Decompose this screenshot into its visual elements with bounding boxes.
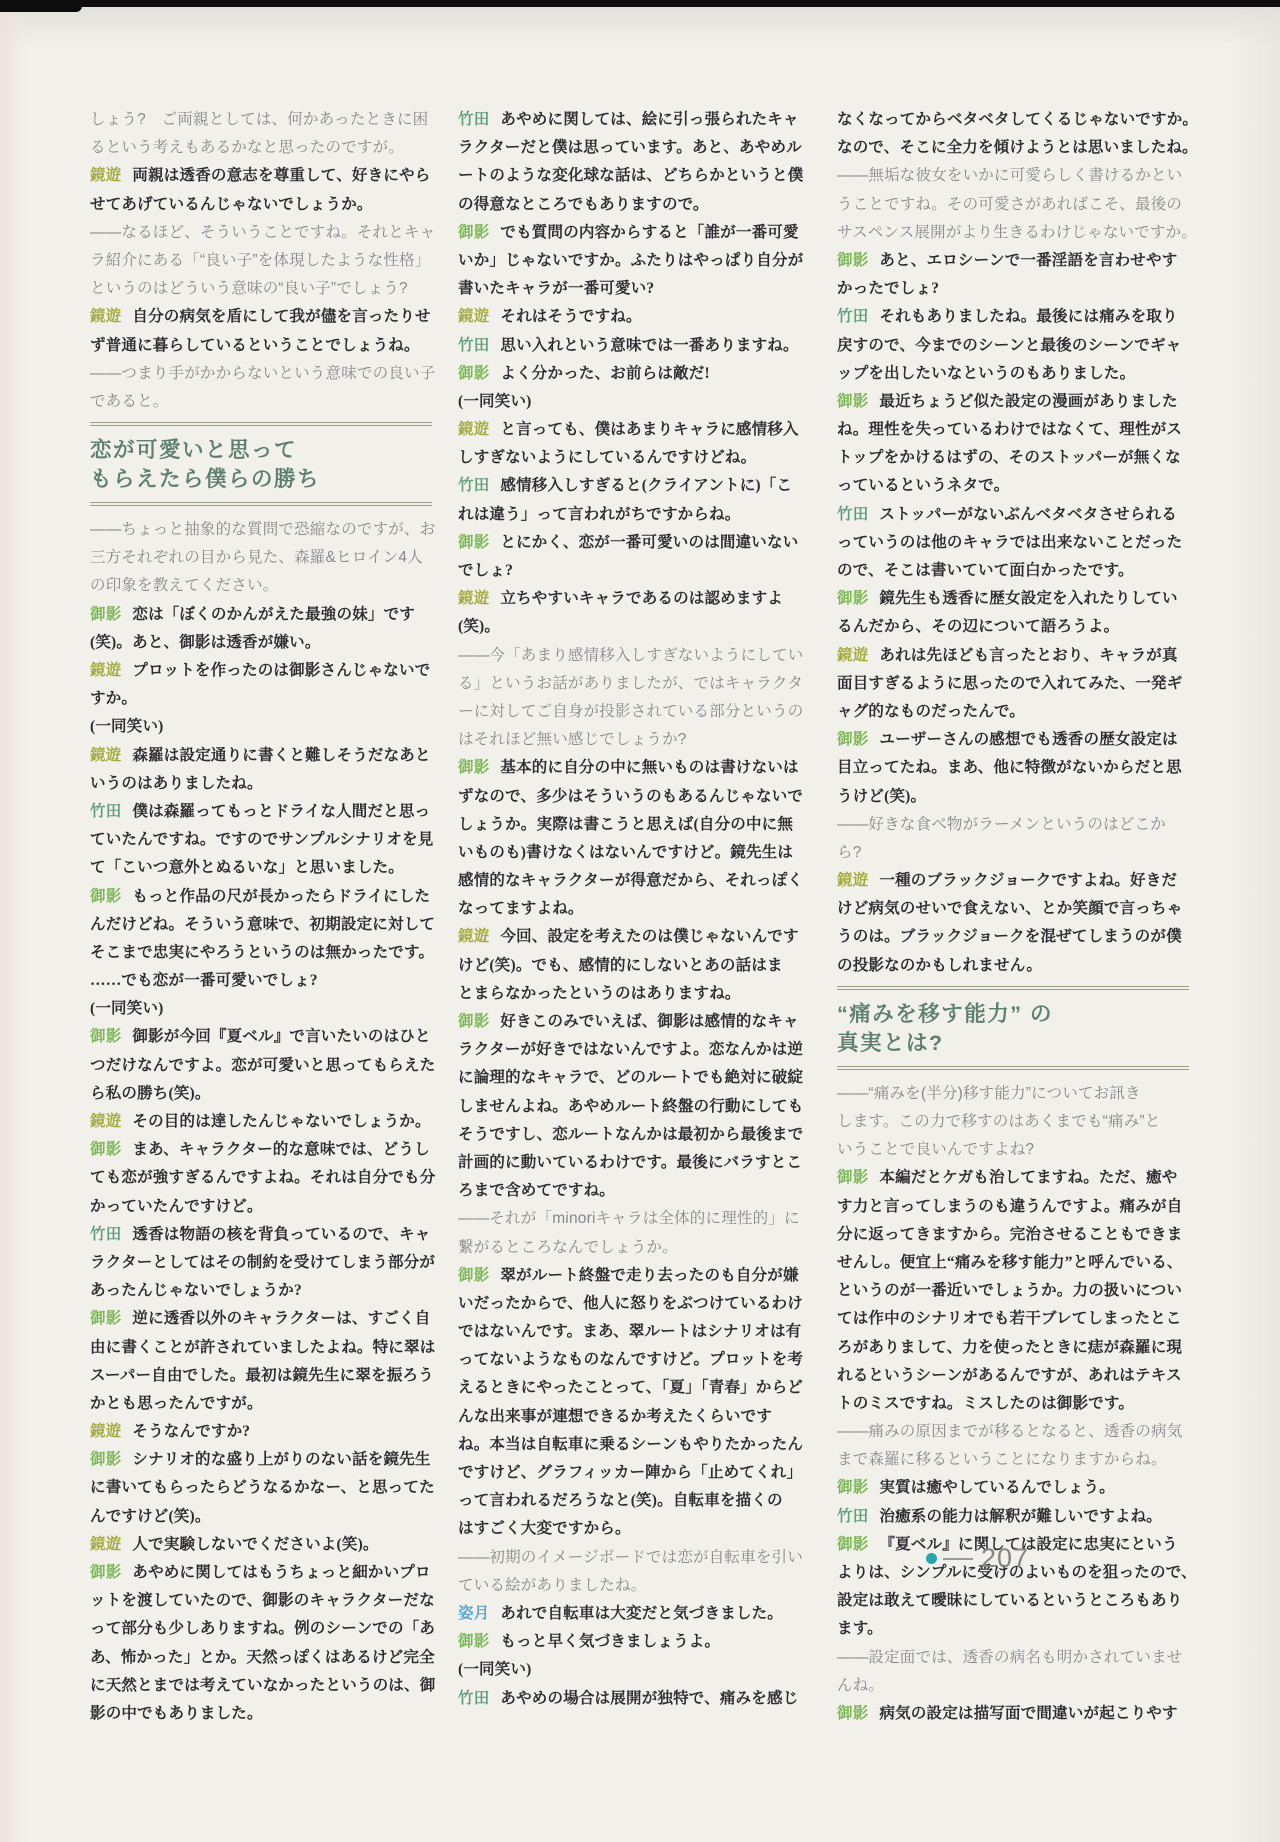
dialogue-line: いか」じゃないですか。ふたりはやっぱり自分が [458,247,806,275]
speaker-label: 御影 [458,1013,489,1030]
interviewer-line: します。この力で移すのはあくまでも“痛み”と [837,1108,1189,1136]
dialogue-text: 人で実験しないでくださいよ(笑)。 [132,1536,378,1553]
interviewer-line: ——ちょっと抽象的な質問で恐縮なのですが、お [90,516,432,544]
text-column-2: 竹田あやめに関しては、絵に引っ張られたキャラクターだと僕は思っています。あと、あ… [458,106,806,1713]
speaker-label: 御影 [837,1705,868,1722]
speaker-label: 鏡遊 [458,308,489,325]
speaker-label: 御影 [458,365,489,382]
dialogue-line: れは違う」って言われがちですからね。 [458,501,806,529]
dialogue-text: ユーザーさんの感想でも透香の歴女設定は [879,731,1177,748]
dialogue-line: せてあげているんじゃないでしょうか。 [90,191,432,219]
dialogue-text: 恋は「ぼくのかんがえた最強の妹」です [132,606,415,623]
speaker-label: 鏡遊 [90,1536,121,1553]
dialogue-line: 分に返ってきますから。完治させることもできま [837,1221,1189,1249]
heading-rule [90,502,432,506]
dialogue-line: 御影とにかく、恋が一番可愛いのは間違いない [458,529,806,557]
dialogue-line: 書いたキャラが一番可愛い? [458,275,806,303]
dialogue-text: それもありましたね。最後には痛みを取り [879,308,1177,325]
dialogue-line: ら私の勝ち(笑)。 [90,1080,432,1108]
dialogue-line: しすぎないようにしているんですけどね。 [458,444,806,472]
dialogue-line: なくなってからベタベタしてくるじゃないですか。 [837,106,1189,134]
dialogue-line: (一同笑い) [458,1656,806,1684]
dialogue-text: あれは先ほども言ったとおり、キャラが真 [879,647,1177,664]
speaker-label: 鏡遊 [458,421,489,438]
dialogue-line: 鏡遊立ちやすいキャラであるのは認めますよ [458,585,806,613]
dialogue-line: 鏡遊そうなんですか? [90,1418,432,1446]
speaker-label: 鏡遊 [90,1423,121,1440]
dialogue-line: っているというネタで。 [837,472,1189,500]
dialogue-line: そうですし、恋ルートなんかは最初から最後まで [458,1121,806,1149]
dialogue-line: しませんよね。あやめルート終盤の行動にしても [458,1093,806,1121]
speaker-label: 御影 [90,606,121,623]
speaker-label: 竹田 [837,506,868,523]
speaker-label: 御影 [837,1536,868,1553]
page-footer: 207 [926,1543,1029,1574]
dialogue-line: せんし。便宜上“痛みを移す能力”と呼んでいる、 [837,1249,1189,1277]
dialogue-text: 感情移入しすぎると(クライアントに)「こ [500,477,792,494]
dialogue-line: うのは。ブラックジョークを混ぜてしまうのが僕 [837,923,1189,951]
dialogue-line: っていうのは他のキャラでは出来ないことだった [837,529,1189,557]
dialogue-line: けど(笑)。でも、感情的にしないとあの話はま [458,952,806,980]
dialogue-line: 鏡遊プロットを作ったのは御影さんじゃないで [90,657,432,685]
heading-rule [837,1066,1189,1070]
speaker-label: 御影 [458,759,489,776]
dialogue-line: 設定は敢えて曖昧にしているというところもあり [837,1587,1189,1615]
dialogue-text: その目的は達したんじゃないでしょうか。 [132,1113,430,1130]
dialogue-text: 基本的に自分の中に無いものは書けないは [500,759,798,776]
speaker-label: 御影 [90,1141,121,1158]
magazine-page: しょう? ご両親としては、何かあったときに困るという考えもあるかなと思ったのです… [0,0,1280,1842]
dialogue-line: 御影基本的に自分の中に無いものは書けないは [458,754,806,782]
speaker-label: 竹田 [458,337,489,354]
dialogue-text: そうなんですか? [132,1423,250,1440]
interviewer-line: まで森羅に移るということになりますからね。 [837,1446,1189,1474]
dialogue-line: 竹田僕は森羅ってもっとドライな人間だと思っ [90,798,432,826]
dialogue-line: ップを出したいなというのもありました。 [837,360,1189,388]
speaker-label: 竹田 [837,308,868,325]
speaker-label: 御影 [837,252,868,269]
dialogue-line: ってないようなものなんですけど。プロットを考 [458,1346,806,1374]
dialogue-line: ね。理性を失っているわけではなくて、理性がス [837,416,1189,444]
dialogue-text: あれで自転車は大変だと気づきました。 [500,1605,783,1622]
dialogue-line: (笑)。 [458,613,806,641]
dialogue-line: 計画的に動いているわけです。最後にバラすとこ [458,1149,806,1177]
speaker-label: 竹田 [458,477,489,494]
speaker-label: 御影 [90,1451,121,1468]
dialogue-line: 御影シナリオ的な盛り上がりのない話を鏡先生 [90,1446,432,1474]
dialogue-text: 御影が今回『夏ベル』で言いたいのはひと [132,1028,430,1045]
speaker-label: 鏡遊 [458,590,489,607]
dialogue-line: 御影逆に透香以外のキャラクターは、すごく自 [90,1305,432,1333]
speaker-label: 姿月 [458,1605,489,1622]
dialogue-text: と言っても、僕はあまりキャラに感情移入 [500,421,798,438]
dialogue-text: まあ、キャラクター的な意味では、どうし [132,1141,429,1158]
dialogue-line: あったんじゃないでしょうか? [90,1277,432,1305]
dialogue-line: 御影あやめに関してはもうちょっと細かいプロ [90,1559,432,1587]
dialogue-line: 目立ってたね。まあ、他に特徴がないからだと思 [837,754,1189,782]
dialogue-text: 本編だとケガも治してますね。ただ、癒や [879,1169,1177,1186]
interviewer-line: 三方それぞれの目から見た、森羅&ヒロイン4人 [90,544,432,572]
dialogue-line: 御影本編だとケガも治してますね。ただ、癒や [837,1164,1189,1192]
speaker-label: 御影 [458,1633,489,1650]
dialogue-line: 御影鏡先生も透香に歴女設定を入れたりしてい [837,585,1189,613]
dialogue-line: かったでしょ? [837,275,1189,303]
speaker-label: 御影 [837,590,868,607]
speaker-label: 御影 [90,888,121,905]
dialogue-line: ラクターだと僕は思っています。あと、あやめル [458,134,806,162]
dialogue-text: 今回、設定を考えたのは僕じゃないんです [500,928,798,945]
interviewer-line: ーに対してご自身が投影されている部分というの [458,698,806,726]
dialogue-line: (一同笑い) [90,713,432,741]
dialogue-line: 竹田あやめに関しては、絵に引っ張られたキャ [458,106,806,134]
dialogue-line: ラクターが好きではないんですよ。恋なんかは逆 [458,1036,806,1064]
section-heading: 恋が可愛いと思ってもらえたら僕らの勝ち [90,422,432,506]
interviewer-line: ——それが「minoriキャラは全体的に理性的」に [458,1205,806,1233]
heading-line: 恋が可愛いと思って [90,436,432,465]
dialogue-line: なので、そこに全力を傾けようとは思いましたね。 [837,134,1189,162]
dialogue-line: 御影恋は「ぼくのかんがえた最強の妹」です [90,601,432,629]
dialogue-line: トップをかけるはずの、そのストッパーが無くな [837,444,1189,472]
dialogue-line: ャグ的なものだったんで。 [837,698,1189,726]
dialogue-text: 鏡先生も透香に歴女設定を入れたりしてい [879,590,1177,607]
interviewer-line: ——“痛みを(半分)移す能力”についてお訊き [837,1080,1189,1108]
scan-edge-top [0,0,1280,7]
dialogue-text: もっと作品の尺が長かったらドライにした [132,888,430,905]
dialogue-line: ラクターとしてはその制約を受けてしまう部分が [90,1249,432,1277]
dialogue-line: 感情的なキャラクターが得意だから、それっぽく [458,867,806,895]
speaker-label: 鏡遊 [90,662,121,679]
dialogue-line: ては作中のシナリオでも若干ブレてしまったとこ [837,1305,1189,1333]
dialogue-line: 御影実質は癒やしているんでしょう。 [837,1474,1189,1502]
dialogue-line: 御影御影が今回『夏ベル』で言いたいのはひと [90,1023,432,1051]
dialogue-line: 鏡遊自分の病気を盾にして我が儘を言ったりせ [90,303,432,331]
dialogue-line: ず普通に暮らしているということでしょうね。 [90,332,432,360]
speaker-label: 御影 [458,1267,489,1284]
dialogue-line: 鏡遊人で実験しないでくださいよ(笑)。 [90,1531,432,1559]
dialogue-line: 竹田それもありましたね。最後には痛みを取り [837,303,1189,331]
dialogue-line: 由に書くことが許されていましたよね。特に翠は [90,1334,432,1362]
speaker-label: 鏡遊 [90,1113,121,1130]
interviewer-line: サスペンス展開がより生きるわけじゃないですか。 [837,219,1189,247]
dialogue-line: (一同笑い) [90,995,432,1023]
interviewer-line: る」というお話がありましたが、ではキャラクタ [458,670,806,698]
dialogue-text: 最近ちょうど似た設定の漫画がありました [879,393,1177,410]
speaker-label: 鏡遊 [837,647,868,664]
dialogue-text: 一種のブラックジョークですよね。好きだ [879,872,1177,889]
dialogue-line: 御影ユーザーさんの感想でも透香の歴女設定は [837,726,1189,754]
dialogue-text: 自分の病気を盾にして我が儘を言ったりせ [132,308,430,325]
interviewer-line: ——好きな食べ物がラーメンというのはどこか [837,811,1189,839]
dialogue-line: 御影よく分かった、お前らは敵だ! [458,360,806,388]
interviewer-line: るという考えもあるかなと思ったのですが。 [90,134,432,162]
dialogue-line: 竹田思い入れという意味では一番ありますね。 [458,332,806,360]
dialogue-text: でも質問の内容からすると「誰が一番可愛 [500,224,798,241]
speaker-label: 鏡遊 [90,167,121,184]
dialogue-text: 病気の設定は描写面で間違いが起こりやす [879,1705,1177,1722]
dialogue-line: すか。 [90,685,432,713]
interviewer-line: ——無垢な彼女をいかに可愛らしく書けるかとい [837,162,1189,190]
dialogue-line: 御影まあ、キャラクター的な意味では、どうし [90,1136,432,1164]
speaker-label: 鏡遊 [458,928,489,945]
dialogue-line: んだけどね。そういう意味で、初期設定に対して [90,911,432,939]
dialogue-text: あやめの場合は展開が独特で、痛みを感じ [500,1690,798,1707]
dialogue-text: 逆に透香以外のキャラクターは、すごく自 [132,1310,430,1327]
heading-line: 真実とは? [837,1029,1189,1058]
interviewer-line: ——つまり手がかからないという意味での良い子 [90,360,432,388]
dialogue-line: 鏡遊今回、設定を考えたのは僕じゃないんです [458,923,806,951]
dialogue-line: に天然とまでは考えていなかったというのは、御 [90,1672,432,1700]
dialogue-text: とにかく、恋が一番可愛いのは間違いない [500,534,798,551]
dialogue-line: 鏡遊それはそうですね。 [458,303,806,331]
dialogue-line: 戻すので、今までのシーンと最後のシーンでギャ [837,332,1189,360]
dialogue-line: 御影病気の設定は描写面で間違いが起こりやす [837,1700,1189,1728]
heading-line: もらえたら僕らの勝ち [90,465,432,494]
dialogue-text: あと、エロシーンで一番淫語を言わせやす [879,252,1177,269]
dialogue-line: に論理的なキャラで、どのルートでも絶対に破綻 [458,1064,806,1092]
speaker-label: 竹田 [837,1508,868,1525]
speaker-label: 御影 [458,224,489,241]
dialogue-line: 鏡遊と言っても、僕はあまりキャラに感情移入 [458,416,806,444]
interviewer-line: ——痛みの原因までが移るとなると、透香の病気 [837,1418,1189,1446]
dialogue-text: 治癒系の能力は解釈が難しいですよね。 [879,1508,1162,1525]
section-heading-text: 恋が可愛いと思ってもらえたら僕らの勝ち [90,426,432,502]
dialogue-line: はすごく大変ですから。 [458,1515,806,1543]
dialogue-line: うけど(笑)。 [837,783,1189,811]
dialogue-text: 両親は透香の意志を尊重して、好きにやら [132,167,430,184]
dialogue-line: るんだから、その辺について語ろうよ。 [837,613,1189,641]
speaker-label: 御影 [90,1310,121,1327]
dialogue-line: す力と言ってしまうのも違うんですよ。痛みが自 [837,1193,1189,1221]
dialogue-line: スーパー自由でした。最初は鏡先生に翠を振ろう [90,1362,432,1390]
dialogue-line: ……でも恋が一番可愛いでしょ? [90,967,432,995]
dialogue-line: そこまで忠実にやろうというのは無かったです。 [90,939,432,967]
dialogue-text: シナリオ的な盛り上がりのない話を鏡先生 [132,1451,430,1468]
dialogue-line: 御影もっと作品の尺が長かったらドライにした [90,883,432,911]
dialogue-line: ていたんですね。ですのでサンプルシナリオを見 [90,826,432,854]
dialogue-line: って言われるだろうなと(笑)。自転車を描くの [458,1487,806,1515]
dialogue-line: 鏡遊森羅は設定通りに書くと難しそうだなあと [90,742,432,770]
dialogue-line: ろがありまして、力を使ったときに痣が森羅に現 [837,1334,1189,1362]
dialogue-text: よく分かった、お前らは敵だ! [500,365,709,382]
scan-edge-corner [0,0,82,12]
dialogue-text: ストッパーがないぶんベタベタさせられる [879,506,1177,523]
dialogue-line: 御影翠がルート終盤で走り去ったのも自分が嫌 [458,1262,806,1290]
dialogue-line: 竹田ストッパーがないぶんベタベタさせられる [837,501,1189,529]
interviewer-line: いうことで良いんですよね? [837,1136,1189,1164]
text-column-1: しょう? ご両親としては、何かあったときに困るという考えもあるかなと思ったのです… [90,106,432,1728]
dialogue-line: ですけど、グラフィッカー陣から「止めてくれ」 [458,1459,806,1487]
dialogue-line: しょうか。実際は書こうと思えば(自分の中に無 [458,811,806,839]
dialogue-line: なってますよね。 [458,895,806,923]
dialogue-line: に書いてもらったらどうなるかなー、と思ってた [90,1474,432,1502]
dialogue-line: いだったからで、他人に怒りをぶつけているわけ [458,1290,806,1318]
dialogue-line: て「こいつ意外とぬるいな」と思いました。 [90,854,432,882]
dialogue-text: 思い入れという意味では一番ありますね。 [500,337,798,354]
speaker-label: 御影 [458,534,489,551]
dialogue-line: ットを渡していたので、御影のキャラクターだな [90,1587,432,1615]
dialogue-line: 御影好きこのみでいえば、御影は感情的なキャ [458,1008,806,1036]
dialogue-line: 御影最近ちょうど似た設定の漫画がありました [837,388,1189,416]
dialogue-line: ます。 [837,1615,1189,1643]
dialogue-line: 鏡遊両親は透香の意志を尊重して、好きにやら [90,162,432,190]
dialogue-text: 僕は森羅ってもっとドライな人間だと思っ [132,803,430,820]
dialogue-line: 竹田感情移入しすぎると(クライアントに)「こ [458,472,806,500]
speaker-label: 御影 [90,1564,121,1581]
dialogue-text: 透香は物語の核を背負っているので、キャ [132,1226,430,1243]
dialogue-line: ので、そこは書いていて面白かったです。 [837,557,1189,585]
interviewer-line: 繋がるところなんでしょうか。 [458,1234,806,1262]
interviewer-line: であると。 [90,388,432,416]
dialogue-line: ずなので、多少はそういうのもあるんじゃないで [458,783,806,811]
speaker-label: 竹田 [90,1226,121,1243]
page-marker-line [943,1558,973,1560]
dialogue-line: ても恋が強すぎるんですよね。それは自分でも分 [90,1164,432,1192]
dialogue-line: んですけど(笑)。 [90,1503,432,1531]
dialogue-line: 鏡遊その目的は達したんじゃないでしょうか。 [90,1108,432,1136]
dialogue-text: 実質は癒やしているんでしょう。 [879,1479,1115,1496]
speaker-label: 御影 [90,1028,121,1045]
dialogue-text: あやめに関してはもうちょっと細かいプロ [132,1564,430,1581]
dialogue-line: 竹田あやめの場合は展開が独特で、痛みを感じ [458,1685,806,1713]
interviewer-line: ——なるほど、そういうことですね。それとキャ [90,219,432,247]
dialogue-text: プロットを作ったのは御影さんじゃないで [132,662,430,679]
interviewer-line: ——設定面では、透香の病名も明かされていませ [837,1644,1189,1672]
dialogue-line: いうのはありましたね。 [90,770,432,798]
dialogue-line: けど病気のせいで食えない、とか笑顔で言っちゃ [837,895,1189,923]
section-heading: “痛みを移す能力” の真実とは? [837,986,1189,1070]
speaker-label: 竹田 [458,111,489,128]
interviewer-line: うことですね。その可愛さがあればこそ、最後の [837,191,1189,219]
dialogue-line: とまらなかったというのはありますね。 [458,980,806,1008]
dialogue-line: 影の中でもありました。 [90,1700,432,1728]
dialogue-line: 面目すぎるように思ったので入れてみた、一発ギ [837,670,1189,698]
dialogue-line: 竹田透香は物語の核を背負っているので、キャ [90,1221,432,1249]
dialogue-line: んな出来事が連想できるか考えたくらいです [458,1403,806,1431]
dialogue-text: 翠がルート終盤で走り去ったのも自分が嫌 [500,1267,798,1284]
heading-line: “痛みを移す能力” の [837,1000,1189,1029]
speaker-label: 竹田 [458,1690,489,1707]
text-column-3: なくなってからベタベタしてくるじゃないですか。なので、そこに全力を傾けようとは思… [837,106,1189,1728]
interviewer-line: ——今「あまり感情移入しすぎないようにしてい [458,642,806,670]
interviewer-line: ——初期のイメージボードでは恋が自転車を引い [458,1544,806,1572]
dialogue-line: って部分も少しありますね。例のシーンでの「あ [90,1615,432,1643]
dialogue-line: ね。本当は自転車に乗るシーンもやりたかったん [458,1431,806,1459]
dialogue-line: の投影なのかもしれません。 [837,952,1189,980]
interviewer-line: ラ紹介にある「“良い子”を体現したような性格」 [90,247,432,275]
dialogue-text: 立ちやすいキャラであるのは認めますよ [500,590,783,607]
dialogue-line: トのミスですね。ミスしたのは御影です。 [837,1390,1189,1418]
interviewer-line: しょう? ご両親としては、何かあったときに困 [90,106,432,134]
dialogue-line: れるというシーンがあるんですが、あれはテキス [837,1362,1189,1390]
speaker-label: 御影 [837,393,868,410]
speaker-label: 鏡遊 [837,872,868,889]
dialogue-line: かとも思ったんですが。 [90,1390,432,1418]
dialogue-line: ートのような変化球な話は、どちらかというと僕 [458,162,806,190]
speaker-label: 御影 [837,1479,868,1496]
speaker-label: 御影 [837,1169,868,1186]
speaker-label: 鏡遊 [90,308,121,325]
dialogue-line: ろまで含めてですね。 [458,1177,806,1205]
page-marker-dot [926,1553,937,1564]
dialogue-line: えるときにやったことって、「夏」「青春」からど [458,1374,806,1402]
dialogue-line: 御影もっと早く気づきましょうよ。 [458,1628,806,1656]
dialogue-line: 鏡遊あれは先ほども言ったとおり、キャラが真 [837,642,1189,670]
speaker-label: 鏡遊 [90,747,121,764]
dialogue-line: 御影でも質問の内容からすると「誰が一番可愛 [458,219,806,247]
interviewer-line: はそれほど無い感じでしょうか? [458,726,806,754]
dialogue-line: あ、怖かった」とか。天然っぽくはあるけど完全 [90,1644,432,1672]
section-heading-text: “痛みを移す能力” の真実とは? [837,990,1189,1066]
dialogue-text: もっと早く気づきましょうよ。 [500,1633,720,1650]
page-number: 207 [981,1543,1029,1574]
dialogue-line: いものも)書けなくはないんですけど。鏡先生は [458,839,806,867]
interviewer-line: というのはどういう意味の“良い子”でしょう? [90,275,432,303]
dialogue-line: ではないんです。まあ、翠ルートはシナリオは有 [458,1318,806,1346]
dialogue-line: 竹田治癒系の能力は解釈が難しいですよね。 [837,1503,1189,1531]
interviewer-line: ら? [837,839,1189,867]
dialogue-line: でしょ? [458,557,806,585]
dialogue-line: (笑)。あと、御影は透香が嫌い。 [90,629,432,657]
speaker-label: 竹田 [90,803,121,820]
dialogue-text: 森羅は設定通りに書くと難しそうだなあと [132,747,430,764]
dialogue-line: というのが一番近いでしょうか。力の扱いについ [837,1277,1189,1305]
dialogue-line: つだけなんですよ。恋が可愛いと思ってもらえた [90,1052,432,1080]
dialogue-line: 御影あと、エロシーンで一番淫語を言わせやす [837,247,1189,275]
dialogue-line: 姿月あれで自転車は大変だと気づきました。 [458,1600,806,1628]
interviewer-line: の印象を教えてください。 [90,572,432,600]
dialogue-line: (一同笑い) [458,388,806,416]
dialogue-text: それはそうですね。 [500,308,641,325]
speaker-label: 御影 [837,731,868,748]
interviewer-line: んね。 [837,1672,1189,1700]
dialogue-line: かっていたんですけど。 [90,1193,432,1221]
dialogue-line: 鏡遊一種のブラックジョークですよね。好きだ [837,867,1189,895]
interviewer-line: ている絵がありましたね。 [458,1572,806,1600]
dialogue-text: あやめに関しては、絵に引っ張られたキャ [500,111,798,128]
dialogue-text: 好きこのみでいえば、御影は感情的なキャ [500,1013,798,1030]
dialogue-line: の得意なところでもありますので。 [458,191,806,219]
